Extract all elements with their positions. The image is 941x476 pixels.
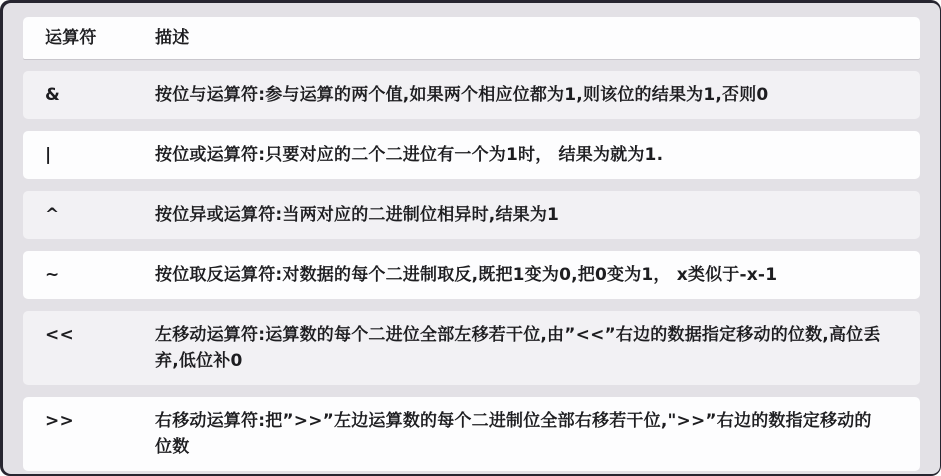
table-row-left-shift: << 左移动运算符:运算数的每个二进位全部左移若干位,由”<<”右边的数据指定移… [23, 311, 920, 385]
operator-cell: ~ [45, 262, 155, 288]
operator-cell: ^ [45, 202, 155, 228]
operator-cell: | [45, 142, 155, 168]
description-cell: 左移动运算符:运算数的每个二进位全部左移若干位,由”<<”右边的数据指定移动的位… [155, 322, 898, 374]
description-cell: 按位或运算符:只要对应的二个二进位有一个为1时， 结果为就为1. [155, 142, 898, 168]
table-row-bitwise-not: ~ 按位取反运算符:对数据的每个二进制取反,既把1变为0,把0变为1， x类似于… [23, 251, 920, 299]
description-cell: 按位异或运算符:当两对应的二进制位相异时,结果为1 [155, 202, 898, 228]
table-row-bitwise-and: & 按位与运算符:参与运算的两个值,如果两个相应位都为1,则该位的结果为1,否则… [23, 71, 920, 119]
operator-cell: << [45, 322, 155, 348]
description-cell: 按位与运算符:参与运算的两个值,如果两个相应位都为1,则该位的结果为1,否则0 [155, 82, 898, 108]
column-header-operator: 运算符 [45, 25, 155, 51]
table-row-bitwise-or: | 按位或运算符:只要对应的二个二进位有一个为1时， 结果为就为1. [23, 131, 920, 179]
operator-cell: >> [45, 408, 155, 434]
bitwise-operators-table: 运算符 描述 & 按位与运算符:参与运算的两个值,如果两个相应位都为1,则该位的… [23, 17, 920, 471]
column-header-description: 描述 [155, 25, 898, 51]
description-cell: 右移动运算符:把”>>”左边运算数的每个二进制位全部右移若干位,">>”右边的数… [155, 408, 898, 460]
screenshot-frame: 运算符 描述 & 按位与运算符:参与运算的两个值,如果两个相应位都为1,则该位的… [0, 0, 941, 476]
table-row-right-shift: >> 右移动运算符:把”>>”左边运算数的每个二进制位全部右移若干位,">>”右… [23, 397, 920, 471]
table-header-row: 运算符 描述 [23, 17, 920, 59]
operator-cell: & [45, 82, 155, 108]
table-row-bitwise-xor: ^ 按位异或运算符:当两对应的二进制位相异时,结果为1 [23, 191, 920, 239]
page-background: 运算符 描述 & 按位与运算符:参与运算的两个值,如果两个相应位都为1,则该位的… [3, 3, 940, 474]
description-cell: 按位取反运算符:对数据的每个二进制取反,既把1变为0,把0变为1， x类似于-x… [155, 262, 898, 288]
